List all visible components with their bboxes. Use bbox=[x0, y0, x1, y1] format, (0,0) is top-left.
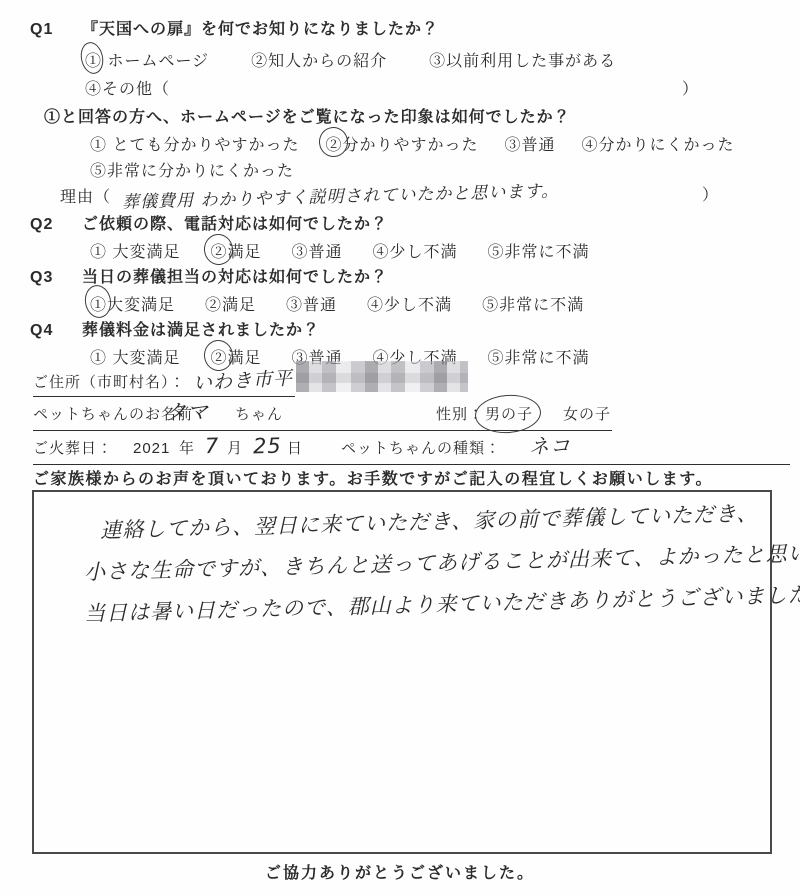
q2-option-very-satisfied-label: ① 大変満足 bbox=[90, 244, 180, 261]
q2-option-slightly-dissatisfied: ④少し不満 bbox=[372, 239, 457, 262]
q3-number: Q3 bbox=[30, 269, 82, 287]
impression-option-very-clear: ① とても分かりやすかった bbox=[90, 132, 299, 155]
q2-option-slightly-dissatisfied-label: ④少し不満 bbox=[372, 244, 457, 261]
comment-line-2: 小さな生命ですが、きちんと送ってあげることが出来て、よかったと思います。 bbox=[84, 536, 800, 587]
q4-option-very-satisfied: ① 大変満足 bbox=[90, 345, 180, 368]
pet-name-row: ペットちゃんのお名前： タマ ちゃん 性別： 男の子 女の子 bbox=[33, 402, 612, 431]
q1-heading: Q1『天国への扉』を何でお知りになりましたか？ bbox=[30, 16, 439, 39]
q1-sub-options-row: ① とても分かりやすかった ②分かりやすかった ③普通 ④分かりにくかった bbox=[90, 132, 735, 155]
q1-option-referral: ②知人からの紹介 bbox=[251, 48, 387, 71]
q1-option-used-before: ③以前利用した事がある bbox=[429, 48, 616, 71]
reason-handwritten-answer: 葬儀費用 わかりやすく説明されていたかと思います。 bbox=[122, 176, 560, 212]
gender-option-male-label: 男の子 bbox=[485, 406, 533, 423]
q1-option-referral-label: ②知人からの紹介 bbox=[251, 53, 387, 70]
impression-option-clear: ②分かりやすかった bbox=[325, 132, 478, 155]
q2-option-satisfied-label: ②満足 bbox=[210, 244, 261, 261]
q2-options-row: ① 大変満足 ②満足 ③普通 ④少し不満 ⑤非常に不満 bbox=[90, 239, 590, 262]
survey-scan-page: Q1『天国への扉』を何でお知りになりましたか？ ① ホームページ ②知人からの紹… bbox=[0, 0, 800, 896]
q1-question-text: 『天国への扉』を何でお知りになりましたか？ bbox=[82, 21, 439, 38]
impression-option-clear-label: ②分かりやすかった bbox=[325, 137, 478, 154]
month-suffix: 月 bbox=[227, 436, 243, 462]
q3-option-very-dissatisfied-label: ⑤非常に不満 bbox=[482, 297, 584, 314]
q1-other-row: ④その他（ bbox=[85, 76, 170, 99]
q4-option-very-dissatisfied: ⑤非常に不満 bbox=[488, 345, 590, 368]
species-label: ペットちゃんの種類： bbox=[341, 436, 501, 462]
species-handwritten-value: ネコ bbox=[529, 432, 572, 459]
pet-name-handwritten-value: タマ bbox=[165, 398, 210, 425]
q3-option-very-satisfied: ①大変満足 bbox=[90, 292, 175, 315]
address-handwritten-value: いわき市平 bbox=[192, 365, 293, 396]
cremation-year-value: 2021 bbox=[133, 436, 170, 462]
q4-option-satisfied: ②満足 bbox=[210, 345, 261, 368]
impression-option-unclear-label: ④分かりにくかった bbox=[581, 137, 734, 154]
q2-option-very-dissatisfied: ⑤非常に不満 bbox=[488, 239, 590, 262]
comment-line-1: 連絡してから、翌日に来ていただき、家の前で葬儀していただき、 bbox=[100, 497, 759, 544]
impression-option-unclear: ④分かりにくかった bbox=[581, 132, 734, 155]
cremation-month-handwritten: 7 bbox=[205, 433, 220, 459]
q3-question-text: 当日の葬儀担当の対応は如何でしたか？ bbox=[82, 269, 388, 286]
q1-number: Q1 bbox=[30, 21, 82, 39]
q2-option-satisfied: ②満足 bbox=[210, 239, 261, 262]
gender-label: 性別： bbox=[436, 402, 484, 428]
q4-number: Q4 bbox=[30, 322, 82, 340]
q1-option-other-label: ④その他（ bbox=[85, 76, 170, 99]
q3-heading: Q3当日の葬儀担当の対応は如何でしたか？ bbox=[30, 264, 388, 287]
q3-options-row: ①大変満足 ②満足 ③普通 ④少し不満 ⑤非常に不満 bbox=[90, 292, 584, 315]
q2-option-very-dissatisfied-label: ⑤非常に不満 bbox=[488, 244, 590, 261]
q3-option-slightly-dissatisfied: ④少し不満 bbox=[367, 292, 452, 315]
cremation-date-row: ご火葬日： 2021 年 7 月 25 日 ペットちゃんの種類： ネコ bbox=[33, 436, 790, 465]
q3-option-satisfied-label: ②満足 bbox=[205, 297, 256, 314]
cremation-day-handwritten: 25 bbox=[253, 433, 282, 460]
pet-name-suffix: ちゃん bbox=[235, 402, 283, 428]
q2-option-neutral: ③普通 bbox=[291, 239, 342, 262]
q1-option-homepage-label: ① ホームページ bbox=[85, 53, 209, 70]
q1-option-used-before-label: ③以前利用した事がある bbox=[429, 53, 616, 70]
q3-option-neutral-label: ③普通 bbox=[286, 297, 337, 314]
q1-option-homepage: ① ホームページ bbox=[85, 48, 209, 71]
thanks-message: ご協力ありがとうございました。 bbox=[0, 860, 800, 883]
q2-number: Q2 bbox=[30, 216, 82, 234]
q3-option-very-satisfied-label: ①大変満足 bbox=[90, 297, 175, 314]
q4-heading: Q4葬儀料金は満足されましたか？ bbox=[30, 317, 320, 340]
q2-question-text: ご依頼の際、電話対応は如何でしたか？ bbox=[82, 216, 388, 233]
impression-option-very-unclear-label: ⑤非常に分かりにくかった bbox=[90, 158, 294, 181]
impression-option-very-clear-label: ① とても分かりやすかった bbox=[90, 137, 299, 154]
q1-sub-question: ①と回答の方へ、ホームページをご覧になった印象は如何でしたか？ bbox=[44, 104, 571, 127]
gender-option-female: 女の子 bbox=[563, 402, 611, 428]
q4-question-text: 葬儀料金は満足されましたか？ bbox=[82, 322, 320, 339]
gender-option-male: 男の子 bbox=[485, 402, 533, 428]
address-row: ご住所（市町村名）： いわき市平 bbox=[33, 368, 295, 397]
q4-option-very-satisfied-label: ① 大変満足 bbox=[90, 350, 180, 367]
family-comment-box: 連絡してから、翌日に来ていただき、家の前で葬儀していただき、 小さな生命ですが、… bbox=[32, 490, 772, 854]
q1-sub-options-row2: ⑤非常に分かりにくかった bbox=[90, 158, 294, 181]
year-suffix: 年 bbox=[179, 436, 195, 462]
privacy-blur-mosaic bbox=[296, 361, 468, 392]
q4-option-very-dissatisfied-label: ⑤非常に不満 bbox=[488, 350, 590, 367]
q1-other-close-paren: ） bbox=[682, 76, 698, 99]
q3-option-very-dissatisfied: ⑤非常に不満 bbox=[482, 292, 584, 315]
q1-sub-question-text: ①と回答の方へ、ホームページをご覧になった印象は如何でしたか？ bbox=[44, 109, 571, 126]
q2-option-neutral-label: ③普通 bbox=[291, 244, 342, 261]
cremation-date-label: ご火葬日： bbox=[33, 436, 113, 462]
q4-option-satisfied-label: ②満足 bbox=[210, 350, 261, 367]
reason-row: 理由（ 葬儀費用 わかりやすく説明されていたかと思います。 bbox=[60, 182, 560, 207]
q3-option-satisfied: ②満足 bbox=[205, 292, 256, 315]
q2-heading: Q2ご依頼の際、電話対応は如何でしたか？ bbox=[30, 211, 388, 234]
comment-line-3: 当日は暑い日だったので、郡山より来ていただきありがとうございました。 bbox=[84, 578, 800, 628]
impression-option-neutral: ③普通 bbox=[504, 132, 555, 155]
reason-label: 理由（ bbox=[60, 189, 111, 206]
reason-close-paren: ） bbox=[702, 182, 718, 205]
q3-option-neutral: ③普通 bbox=[286, 292, 337, 315]
comment-instruction: ご家族様からのお声を頂いております。お手数ですがご記入の程宜しくお願いします。 bbox=[33, 466, 713, 489]
day-suffix: 日 bbox=[287, 436, 303, 462]
q2-option-very-satisfied: ① 大変満足 bbox=[90, 239, 180, 262]
q1-options-row: ① ホームページ ②知人からの紹介 ③以前利用した事がある bbox=[85, 48, 616, 71]
address-label: ご住所（市町村名）： bbox=[33, 374, 186, 391]
impression-option-neutral-label: ③普通 bbox=[504, 137, 555, 154]
q3-option-slightly-dissatisfied-label: ④少し不満 bbox=[367, 297, 452, 314]
